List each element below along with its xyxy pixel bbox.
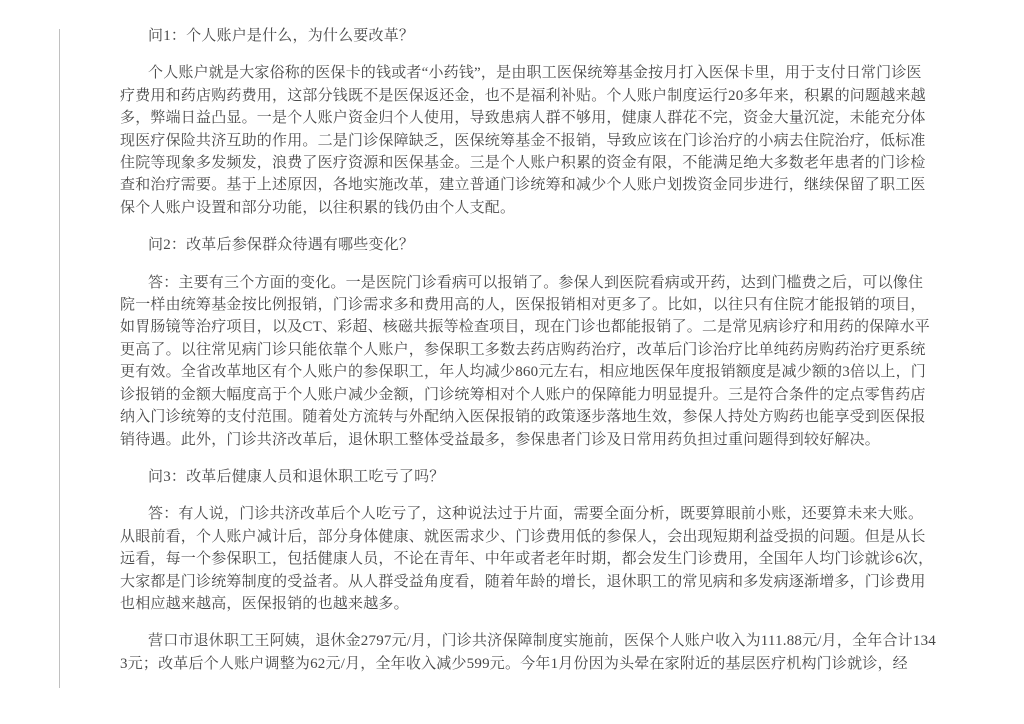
- question-heading: 问3：改革后健康人员和退休职工吃亏了吗？: [120, 466, 936, 488]
- body-paragraph: 答：有人说，门诊共济改革后个人吃亏了，这种说法过于片面，需要全面分析，既要算眼前…: [120, 503, 936, 615]
- document-content: 问1：个人账户是什么，为什么要改革？个人账户就是大家俗称的医保卡的钱或者“小药钱…: [120, 25, 936, 675]
- question-heading: 问1：个人账户是什么，为什么要改革？: [120, 25, 936, 47]
- question-heading: 问2：改革后参保群众待遇有哪些变化？: [120, 234, 936, 256]
- body-paragraph: 个人账户就是大家俗称的医保卡的钱或者“小药钱”，是由职工医保统筹基金按月打入医保…: [120, 62, 936, 219]
- body-paragraph: 营口市退休职工王阿姨，退休金2797元/月，门诊共济保障制度实施前，医保个人账户…: [120, 630, 936, 675]
- body-paragraph: 答：主要有三个方面的变化。一是医院门诊看病可以报销了。参保人到医院看病或开药，达…: [120, 272, 936, 451]
- page-left-edge: [59, 29, 60, 688]
